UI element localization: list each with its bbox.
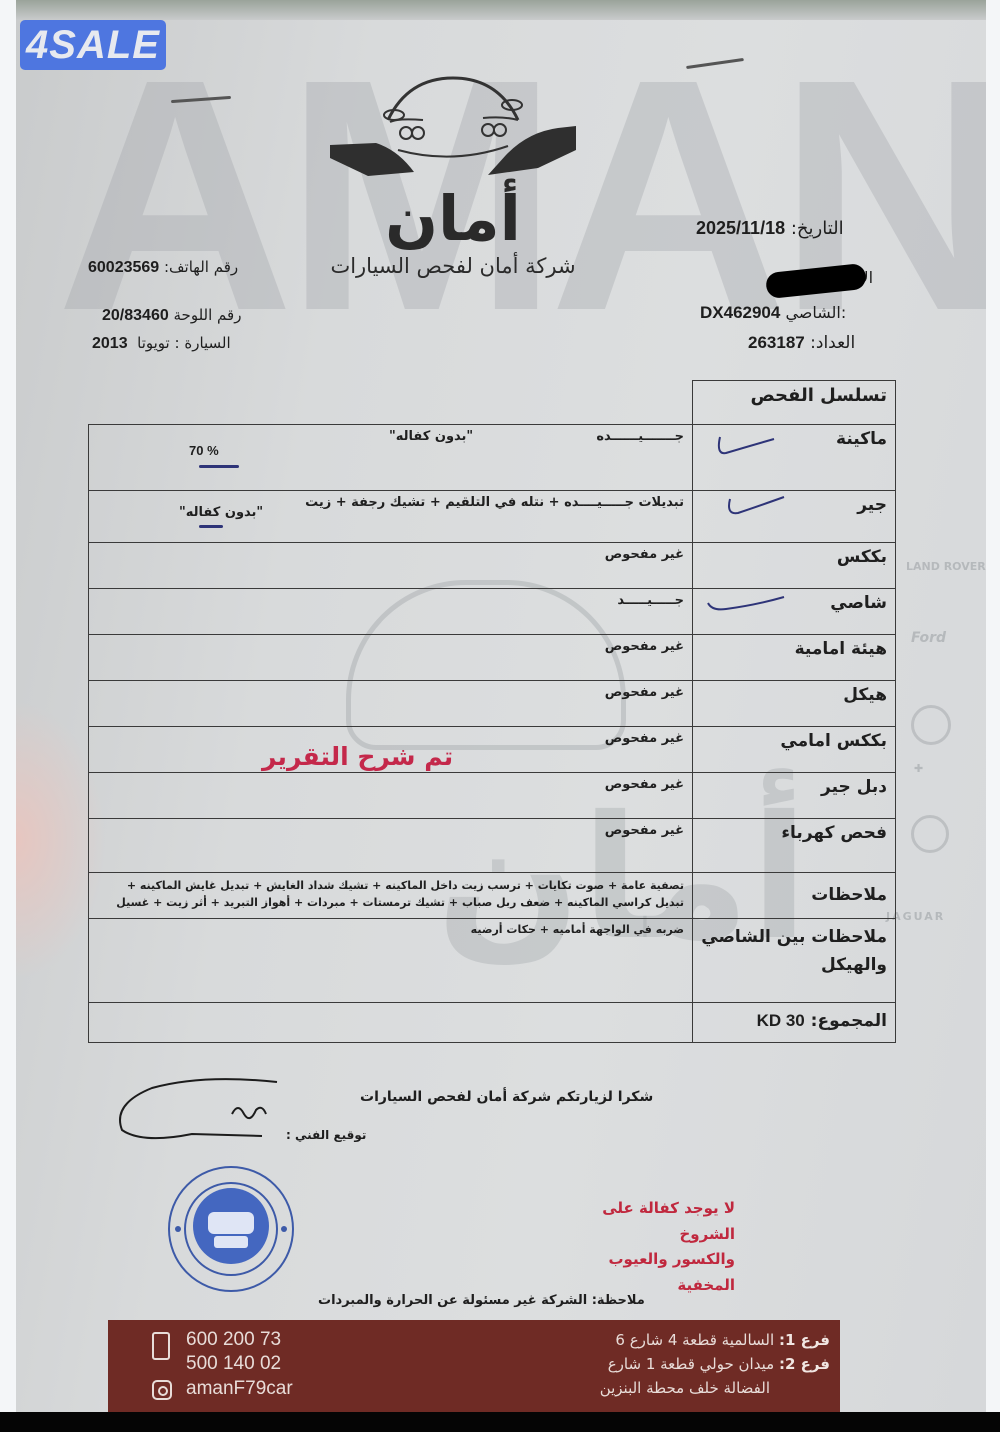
check-mark-icon (706, 593, 786, 615)
car-year: 2013 (92, 335, 128, 352)
branch-addresses: فرع 1: السالمية قطعة 4 شارع 6 فرع 2: ميد… (600, 1328, 830, 1400)
table-row: هيئة امامية غير مفحوص (89, 635, 896, 681)
row-value-notes: تصفية عامة + صوت تكايات + ترسب زيت داخل … (89, 873, 693, 919)
mobile-phone-icon (152, 1332, 170, 1360)
row-label-double-gear: دبل جير (693, 773, 896, 819)
table-row: ملاحظات تصفية عامة + صوت تكايات + ترسب ز… (89, 873, 896, 919)
table-total-row: المجموع: KD 30 (89, 1003, 896, 1043)
car-label: السيارة : (175, 334, 231, 352)
date-field: التاريخ: 2025/11/18 (696, 218, 844, 239)
engine-percentage: % 70 (189, 443, 219, 458)
row-label-front-body: هيئة امامية (693, 635, 896, 681)
no-warranty-disclaimer: لا يوجد كفالة على الشروخ والكسور والعيوب… (560, 1196, 735, 1298)
footer-contact-band: 600 200 73 500 140 02 amanF79car فرع 1: … (108, 1320, 840, 1412)
footer-phone-1: 600 200 73 (186, 1328, 281, 1352)
car-field: السيارة : تويوتا 2013 (92, 334, 231, 353)
photo-bottom-edge (0, 1412, 1000, 1432)
row-label-frame: هيكل (693, 681, 896, 727)
table-row: ماكينة جـــــــيــــــده "بدون كفاله" % … (89, 425, 896, 491)
row-value-box: غير مفحوص (89, 543, 693, 589)
row-value-frame: غير مفحوص (89, 681, 693, 727)
branch-2: فرع 2: ميدان حولي قطعة 1 شارع (600, 1352, 830, 1376)
4sale-watermark-badge: 4SALE (20, 20, 166, 70)
chassis-label: :الشاصي (785, 303, 846, 322)
row-value-engine: جـــــــيــــــده "بدون كفاله" % 70 (89, 425, 693, 491)
signature-icon (112, 1074, 282, 1144)
table-row: جير تبديلات جـــــيــــده + نتله في التل… (89, 491, 896, 543)
row-value-gear: تبديلات جـــــيــــده + نتله في التلقيم … (89, 491, 693, 543)
date-value: 2025/11/18 (696, 218, 785, 238)
row-label-electrical: فحص كهرباء (693, 819, 896, 873)
company-seal-icon (166, 1164, 296, 1294)
row-label-engine: ماكينة (693, 425, 896, 491)
row-value-chassis: جـــــيـــــد (89, 589, 693, 635)
branch-2-line2: الفضالة خلف محطة البنزين (600, 1376, 830, 1400)
row-label-chassis: شاصي (693, 589, 896, 635)
total-label: المجموع: (811, 1011, 887, 1031)
row-label-box: بككس (693, 543, 896, 589)
row-label-front-box: بككس امامي (693, 727, 896, 773)
table-row: بككس امامي غير مفحوص (89, 727, 896, 773)
row-value-double-gear: غير مفحوص (89, 773, 693, 819)
total-value: KD 30 (757, 1011, 805, 1030)
odometer-value: 263187 (748, 333, 805, 352)
check-mark-icon (716, 435, 776, 457)
table-row: دبل جير غير مفحوص (89, 773, 896, 819)
plate-label: رقم اللوحة (174, 306, 242, 324)
date-label: التاريخ: (791, 218, 844, 239)
pen-underline (199, 465, 239, 468)
aman-logo: أمان شركة أمان لفحص السيارات (328, 70, 578, 270)
chassis-field: :الشاصي DX462904 (700, 303, 846, 323)
table-header-row: تسلسل الفحص (89, 381, 896, 425)
plate-value: 20/83460 (102, 307, 169, 324)
instagram-icon (152, 1380, 172, 1400)
phone-numbers: 600 200 73 500 140 02 (186, 1328, 281, 1376)
report-explained-stamp: تم شرح التقرير (262, 742, 453, 771)
chassis-value: DX462904 (700, 303, 780, 322)
odometer-field: العداد: 263187 (748, 333, 855, 353)
chevrolet-logo-icon: ✚ (914, 762, 923, 775)
row-label-notes: ملاحظات (693, 873, 896, 919)
total-cell: المجموع: KD 30 (693, 1003, 896, 1043)
phone-value: 60023569 (88, 259, 159, 276)
company-subtitle: شركة أمان لفحص السيارات (328, 254, 578, 278)
footer-phone-2: 500 140 02 (186, 1352, 281, 1376)
technician-signature-label: توقيع الفني : (286, 1128, 366, 1142)
branch-1: فرع 1: السالمية قطعة 4 شارع 6 (600, 1328, 830, 1352)
ford-logo-icon: Ford (911, 630, 946, 646)
thanks-message: شكرا لزيارتكم شركة أمان لفحص السيارات (360, 1089, 653, 1105)
company-name: أمان (328, 188, 578, 250)
pen-underline (199, 525, 223, 528)
instagram-handle: amanF79car (186, 1378, 293, 1400)
table-row: شاصي جـــــيـــــد (89, 589, 896, 635)
company-note: ملاحظة: الشركة غير مسئولة عن الحرارة وال… (318, 1293, 645, 1308)
phone-label: رقم الهاتف: (164, 258, 238, 276)
row-value-front-body: غير مفحوص (89, 635, 693, 681)
car-make: تويوتا (137, 334, 170, 352)
row-label-chassis-frame-notes: ملاحظات بين الشاصي والهيكل (693, 919, 896, 1003)
table-row: ملاحظات بين الشاصي والهيكل ضربه في الواج… (89, 919, 896, 1003)
plate-field: رقم اللوحة 20/83460 (102, 306, 241, 325)
table-row: هيكل غير مفحوص (89, 681, 896, 727)
check-mark-icon (726, 495, 786, 517)
odometer-label: العداد: (810, 333, 855, 353)
row-value-chassis-frame-notes: ضربه في الواجهة أماميه + حكات أرضيه (89, 919, 693, 1003)
phone-field: رقم الهاتف: 60023569 (88, 258, 238, 277)
alfa-romeo-logo-icon (911, 815, 949, 853)
row-value-electrical: غير مفحوص (89, 819, 693, 873)
row-label-gear: جير (693, 491, 896, 543)
car-in-hands-icon (328, 70, 578, 190)
land-rover-logo-icon: LAND ROVER (906, 560, 986, 573)
table-header: تسلسل الفحص (693, 381, 896, 425)
inspection-table: تسلسل الفحص ماكينة جـــــــيــــــده "بد… (88, 380, 896, 1043)
bmw-logo-icon (911, 705, 951, 745)
table-row: فحص كهرباء غير مفحوص (89, 819, 896, 873)
table-row: بككس غير مفحوص (89, 543, 896, 589)
